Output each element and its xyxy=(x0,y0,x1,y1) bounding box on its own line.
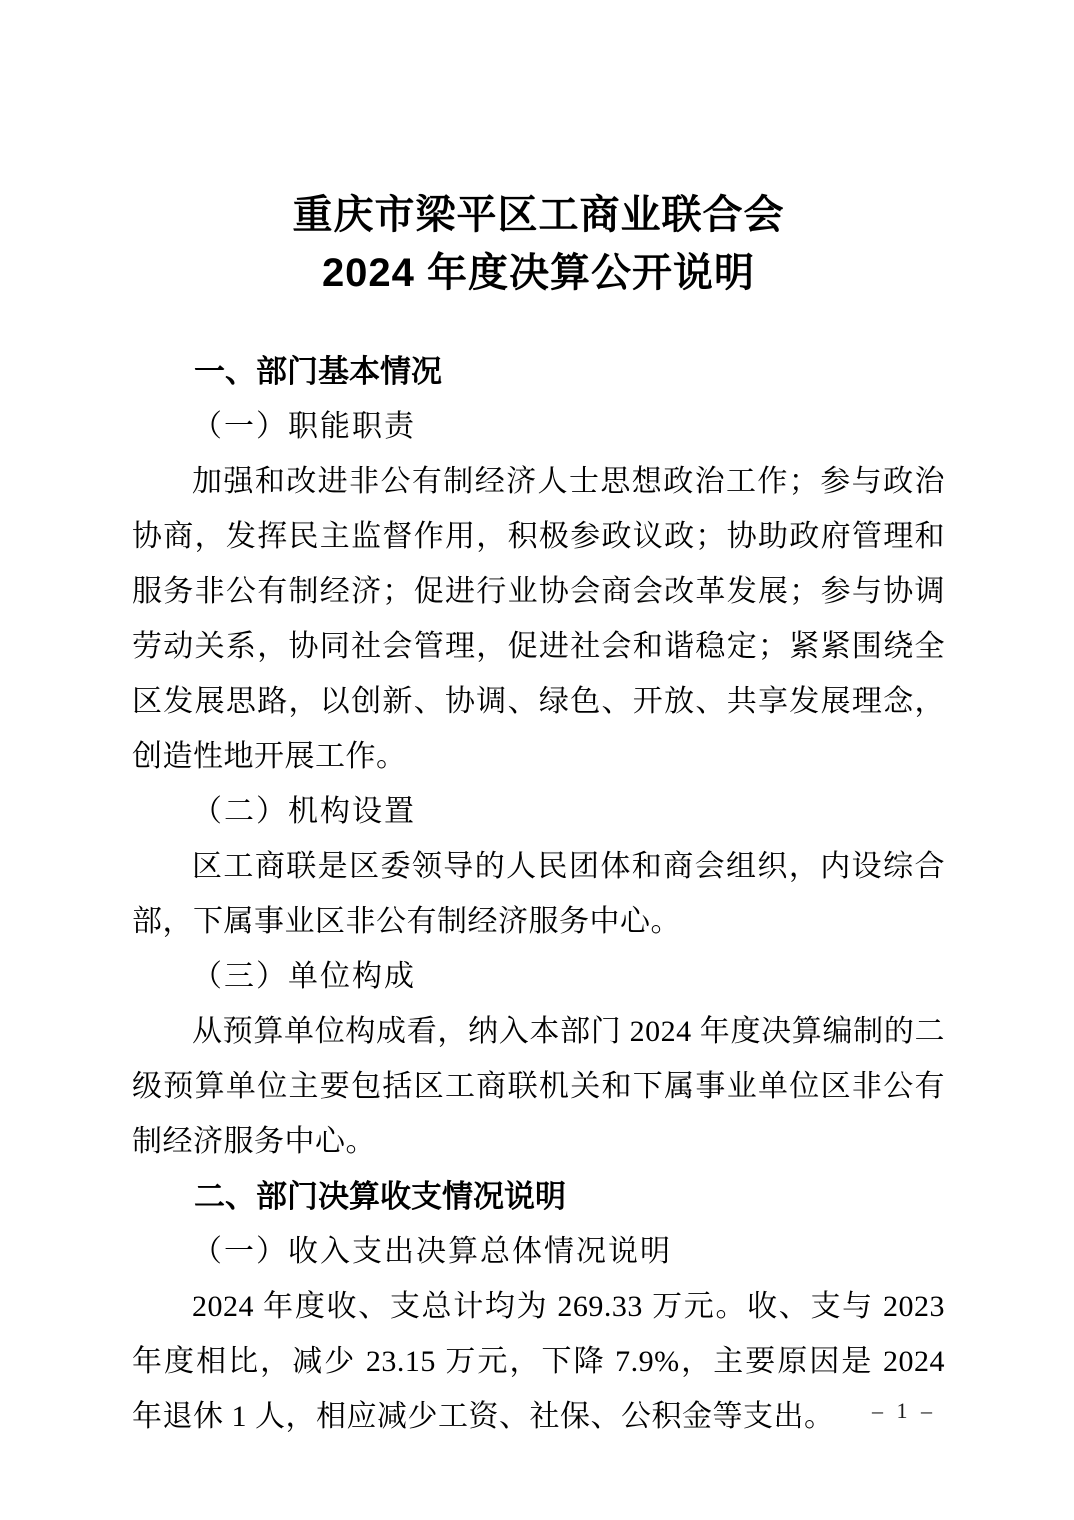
subheading-org-structure: （二）机构设置 xyxy=(132,784,945,839)
paragraph-income-expense-overview: 2024 年度收、支总计均为 269.33 万元。收、支与 2023 年度相比，… xyxy=(132,1279,945,1444)
page-number: – 1 – xyxy=(872,1398,936,1424)
paragraph-duties: 加强和改进非公有制经济人士思想政治工作；参与政治协商，发挥民主监督作用，积极参政… xyxy=(132,454,945,784)
subheading-duties: （一）职能职责 xyxy=(132,399,945,454)
document-title-line1: 重庆市梁平区工商业联合会 xyxy=(132,186,945,244)
paragraph-org-structure: 区工商联是区委领导的人民团体和商会组织，内设综合部，下属事业区非公有制经济服务中… xyxy=(132,839,945,949)
document-title: 重庆市梁平区工商业联合会 2024 年度决算公开说明 xyxy=(132,186,945,302)
document-title-line2: 2024 年度决算公开说明 xyxy=(132,244,945,302)
section-heading-budget-final-accounts: 二、部门决算收支情况说明 xyxy=(132,1169,945,1224)
paragraph-unit-composition: 从预算单位构成看，纳入本部门 2024 年度决算编制的二级预算单位主要包括区工商… xyxy=(132,1004,945,1169)
section-heading-basic-info: 一、部门基本情况 xyxy=(132,344,945,399)
subheading-income-expense-overview: （一）收入支出决算总体情况说明 xyxy=(132,1224,945,1279)
document-body: 一、部门基本情况 （一）职能职责 加强和改进非公有制经济人士思想政治工作；参与政… xyxy=(132,344,945,1444)
subheading-unit-composition: （三）单位构成 xyxy=(132,949,945,1004)
document-page: 重庆市梁平区工商业联合会 2024 年度决算公开说明 一、部门基本情况 （一）职… xyxy=(0,0,1074,1520)
